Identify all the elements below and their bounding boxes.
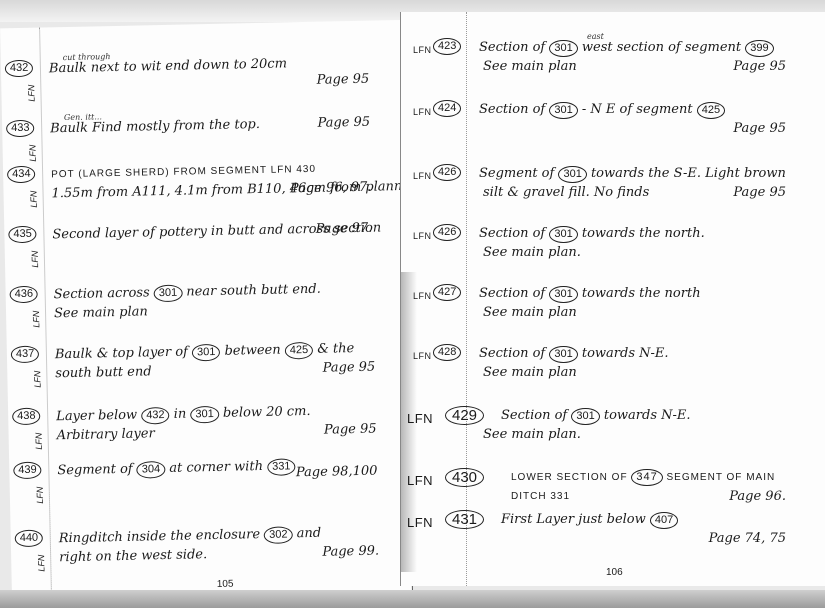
register-entry: LFN435Second layer of pottery in butt an…	[4, 216, 405, 284]
context-number-circle: 301	[549, 286, 577, 303]
lfn-prefix: LFN	[32, 486, 49, 503]
page-number: 106	[606, 567, 623, 578]
context-number-circle: 301	[549, 226, 577, 243]
entry-description: Layer below 432 in 301 below 20 cm.	[56, 403, 311, 426]
context-number-circle: 301	[549, 102, 577, 119]
lfn-prefix: LFN	[28, 310, 45, 327]
register-entry: LFN440Ringditch inside the enclosure 302…	[11, 520, 412, 588]
lfn-prefix: LFN	[407, 472, 433, 489]
find-number: 431	[445, 510, 484, 529]
context-number-circle: 425	[285, 342, 314, 360]
find-number: 439	[13, 462, 42, 480]
context-number-circle: 425	[697, 102, 725, 119]
entry-description: Baulk & top layer of 301 between 425 & t…	[55, 340, 355, 364]
lfn-prefix: LFN	[413, 42, 432, 59]
lfn-prefix: LFN	[407, 410, 433, 427]
find-number: 424	[433, 100, 461, 117]
lfn-prefix: LFN	[407, 514, 433, 531]
lfn-prefix: LFN	[413, 228, 432, 245]
entry-detail: Arbitrary layer	[56, 425, 154, 444]
entry-description: Segment of 304 at corner with 331	[57, 457, 295, 480]
lfn-prefix: LFN	[29, 370, 46, 387]
entry-detail: See main plan.	[483, 426, 581, 443]
page-reference: Page 96.	[729, 488, 786, 505]
find-number: 430	[445, 468, 484, 487]
entry-description: Section of 301 towards N-E.	[501, 407, 691, 425]
entry-description: First Layer just below 407	[501, 511, 678, 529]
entry-detail: right on the west side.	[59, 546, 207, 566]
lfn-prefix: LFN	[25, 191, 42, 208]
lfn-prefix: LFN	[33, 554, 50, 571]
context-number-circle: 301	[571, 408, 599, 425]
page-reference: Page 95	[733, 184, 786, 201]
lfn-prefix: LFN	[413, 104, 432, 121]
entry-detail: DITCH 331	[511, 488, 570, 505]
page-number: 105	[217, 579, 234, 590]
entry-description: Section of 301 towards N-E.	[479, 345, 669, 363]
lfn-prefix: LFN	[413, 168, 432, 185]
entry-description: LOWER SECTION OF 347 SEGMENT OF MAIN	[511, 469, 775, 486]
register-entry: LFN426Section of 301 towards the north.S…	[401, 222, 825, 282]
page-reference: Page 95	[733, 120, 786, 137]
entry-description: Section of 301 towards the north.	[479, 225, 705, 243]
page-reference: Page 95	[322, 359, 375, 377]
context-number-circle: 301	[549, 346, 577, 363]
register-entry: LFN426Segment of 301 towards the S-E. Li…	[401, 162, 825, 222]
entry-description: Segment of 301 towards the S-E. Light br…	[479, 165, 786, 183]
left-page: LFN432cut throughBaulk next to wit end d…	[0, 20, 413, 600]
context-number-circle: 331	[267, 458, 296, 476]
find-number: 435	[8, 226, 37, 244]
context-number-circle: 302	[264, 526, 293, 544]
lfn-prefix: LFN	[25, 145, 42, 162]
find-number: 440	[15, 530, 44, 548]
lfn-prefix: LFN	[27, 250, 44, 267]
notebook-bottom-edge	[0, 590, 825, 608]
page-reference: Page 95	[317, 114, 370, 132]
context-number-circle: 407	[650, 512, 678, 529]
lfn-prefix: LFN	[413, 288, 432, 305]
entry-description: Ringditch inside the enclosure 302 and	[59, 525, 322, 548]
context-number-circle: 347	[631, 469, 662, 486]
entry-description: Section of 301 west section of segment 3…	[479, 39, 774, 57]
find-number: 434	[7, 166, 36, 184]
find-number: 426	[433, 224, 461, 241]
context-number-circle: 432	[141, 407, 170, 425]
find-number: 437	[11, 346, 40, 364]
context-number-circle: 301	[549, 40, 577, 57]
lfn-prefix: LFN	[413, 348, 432, 365]
find-number: 426	[433, 164, 461, 181]
find-number: 433	[6, 120, 35, 138]
entry-description: Section of 301 - N E of segment 425	[479, 101, 725, 119]
register-entry: LFN436Section across 301 near south butt…	[5, 276, 406, 344]
find-number: 423	[433, 38, 461, 55]
page-reference: Page 97.	[315, 220, 372, 238]
entry-detail: See main plan	[483, 304, 577, 321]
context-number-circle: 399	[745, 40, 773, 57]
register-entry: LFN423eastSection of 301 west section of…	[401, 36, 825, 96]
page-reference: Page 74, 75	[709, 530, 786, 547]
entry-description: Baulk next to wit end down to 20cm	[49, 55, 287, 77]
entry-detail: See main plan	[483, 364, 577, 381]
register-entry: LFN434POT (LARGE SHERD) FROM SEGMENT LFN…	[3, 156, 404, 224]
page-reference: Page 95	[324, 421, 377, 439]
find-number: 438	[12, 408, 41, 426]
register-entry: LFN437Baulk & top layer of 301 between 4…	[7, 336, 408, 404]
entry-description: Section of 301 towards the north	[479, 285, 701, 303]
lfn-prefix: LFN	[31, 432, 48, 449]
register-entry: LFN431First Layer just below 407Page 74,…	[401, 508, 825, 568]
register-entry: LFN424Section of 301 - N E of segment 42…	[401, 98, 825, 158]
page-reference: Page 95	[316, 71, 369, 89]
page-reference: Page 96, 97.	[290, 179, 372, 198]
entry-description: Baulk Find mostly from the top.	[50, 116, 260, 137]
context-number-circle: 301	[192, 344, 221, 362]
page-reference: Page 99.	[322, 543, 379, 561]
register-entry: LFN427Section of 301 towards the northSe…	[401, 282, 825, 342]
entry-detail: south butt end	[55, 363, 152, 382]
context-number-circle: 301	[558, 166, 586, 183]
entry-detail: See main plan	[54, 303, 148, 322]
context-number-circle: 301	[190, 406, 219, 424]
find-number: 429	[445, 406, 484, 425]
lfn-prefix: LFN	[23, 85, 40, 102]
context-number-circle: 304	[137, 461, 166, 479]
register-entry: LFN432cut throughBaulk next to wit end d…	[1, 50, 402, 118]
entry-description: Section across 301 near south butt end.	[54, 281, 322, 305]
entry-detail: silt & gravel fill. No finds	[483, 184, 649, 201]
find-number: 436	[9, 286, 38, 304]
register-entry: LFN429Section of 301 towards N-E.See mai…	[401, 404, 825, 464]
register-entry: LFN428Section of 301 towards N-E.See mai…	[401, 342, 825, 402]
page-reference: Page 98,100	[296, 463, 378, 482]
entry-detail: See main plan	[483, 58, 577, 75]
context-number-circle: 301	[154, 285, 183, 303]
page-reference: Page 95	[733, 58, 786, 75]
find-number: 432	[5, 60, 34, 78]
find-number: 428	[433, 344, 461, 361]
register-entry: LFN439Segment of 304 at corner with 331P…	[9, 452, 410, 520]
find-number: 427	[433, 284, 461, 301]
entry-detail: See main plan.	[483, 244, 581, 261]
right-page: LFN423eastSection of 301 west section of…	[400, 12, 825, 586]
